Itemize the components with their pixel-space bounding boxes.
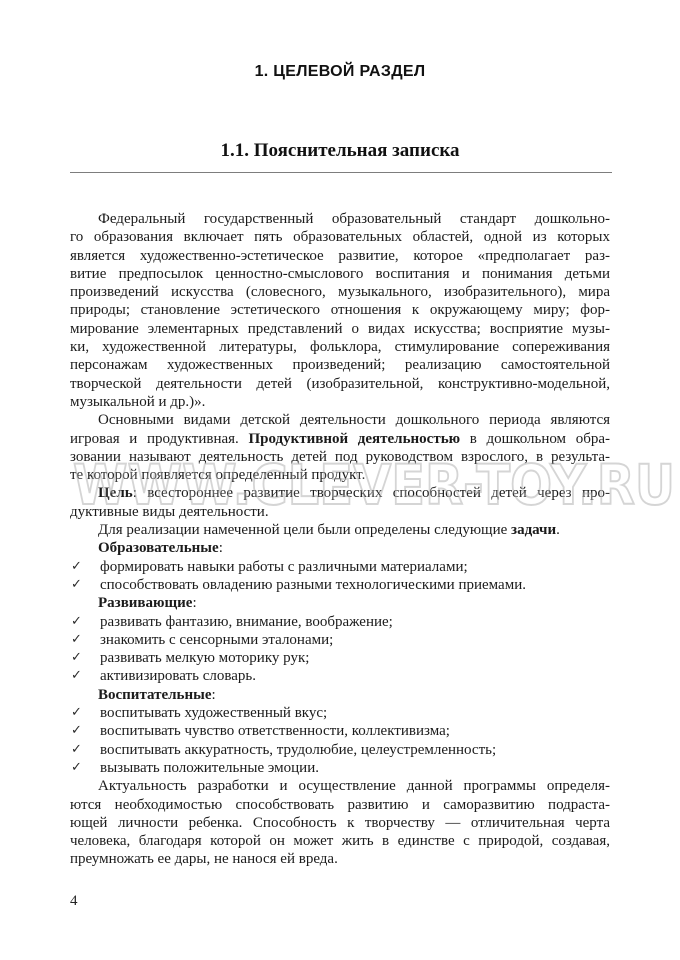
bold-term: Цель — [98, 485, 133, 501]
body-line: персонажам художественных произведений; … — [70, 356, 610, 374]
body-line: природы; становление эстетического отнош… — [70, 301, 610, 319]
check-icon: ✓ — [71, 649, 82, 667]
check-icon: ✓ — [71, 704, 82, 722]
list-heading: Развивающие: — [70, 594, 610, 612]
check-icon: ✓ — [71, 558, 82, 576]
body-line: мирование элементарных представлений о в… — [70, 320, 610, 338]
body-line: витие предпосылок ценностно-смыслового в… — [70, 265, 610, 283]
list-item-text: знакомить с сенсорными эталонами; — [100, 632, 333, 648]
body-line: Цель: всестороннее развитие творческих с… — [70, 484, 610, 502]
body-line: ются необходимостью способствовать разви… — [70, 796, 610, 814]
body-line: го образования включает пять образовател… — [70, 228, 610, 246]
chapter-title: 1. ЦЕЛЕВОЙ РАЗДЕЛ — [0, 63, 680, 81]
check-icon: ✓ — [71, 759, 82, 777]
body-line: Основными видами детской деятельности до… — [70, 411, 610, 429]
list-item: ✓способствовать овладению разными технол… — [70, 576, 610, 594]
check-icon: ✓ — [71, 741, 82, 759]
body-line: Федеральный государственный образователь… — [70, 210, 610, 228]
bold-term: задачи — [511, 522, 556, 538]
list-item: ✓воспитывать художественный вкус; — [70, 704, 610, 722]
list-item-text: способствовать овладению разными техноло… — [100, 577, 526, 593]
body-line: человека, благодаря которой он может жит… — [70, 832, 610, 850]
list-item: ✓знакомить с сенсорными эталонами; — [70, 631, 610, 649]
document-page: 1. ЦЕЛЕВОЙ РАЗДЕЛ 1.1. Пояснительная зап… — [0, 0, 680, 960]
list-item: ✓активизировать словарь. — [70, 667, 610, 685]
page-number: 4 — [70, 893, 78, 910]
body-line: Актуальность разработки и осуществление … — [70, 777, 610, 795]
list-item-text: воспитывать художественный вкус; — [100, 705, 327, 721]
list-item-text: развивать фантазию, внимание, воображени… — [100, 614, 393, 630]
section-divider — [70, 172, 612, 173]
section-title: 1.1. Пояснительная записка — [0, 140, 680, 162]
list-item-text: активизировать словарь. — [100, 668, 256, 684]
body-line: зовании называют деятельность детей под … — [70, 448, 610, 466]
body-line: те которой появляется определенный проду… — [70, 466, 610, 484]
list-item: ✓развивать мелкую моторику рук; — [70, 649, 610, 667]
check-icon: ✓ — [71, 613, 82, 631]
check-icon: ✓ — [71, 667, 82, 685]
body-line: преумножать ее дары, не нанося ей вреда. — [70, 850, 610, 868]
check-icon: ✓ — [71, 576, 82, 594]
body-line: ки, художественной литературы, фольклора… — [70, 338, 610, 356]
check-icon: ✓ — [71, 631, 82, 649]
list-item: ✓воспитывать аккуратность, трудолюбие, ц… — [70, 741, 610, 759]
list-item-text: формировать навыки работы с различными м… — [100, 559, 468, 575]
body-line: музыкальной и др.)». — [70, 393, 610, 411]
body-line: дуктивные виды деятельности. — [70, 503, 610, 521]
bold-term: Продуктивной деятельностью — [248, 431, 460, 447]
list-heading: Образовательные: — [70, 539, 610, 557]
body-line: Для реализации намеченной цели были опре… — [70, 521, 610, 539]
list-heading: Воспитательные: — [70, 686, 610, 704]
list-item: ✓развивать фантазию, внимание, воображен… — [70, 613, 610, 631]
body-line: творческой деятельности детей (изобразит… — [70, 375, 610, 393]
list-item: ✓вызывать положительные эмоции. — [70, 759, 610, 777]
body-line: ющей личности ребенка. Способность к тво… — [70, 814, 610, 832]
list-item-text: воспитывать аккуратность, трудолюбие, це… — [100, 742, 496, 758]
list-item: ✓формировать навыки работы с различными … — [70, 558, 610, 576]
list-item-text: развивать мелкую моторику рук; — [100, 650, 309, 666]
body-line: является художественно-эстетическое разв… — [70, 247, 610, 265]
body-text: Федеральный государственный образователь… — [70, 210, 610, 869]
body-line: игровая и продуктивная. Продуктивной дея… — [70, 430, 610, 448]
list-item-text: вызывать положительные эмоции. — [100, 760, 319, 776]
check-icon: ✓ — [71, 722, 82, 740]
list-item-text: воспитывать чувство ответственности, кол… — [100, 723, 450, 739]
list-item: ✓воспитывать чувство ответственности, ко… — [70, 722, 610, 740]
body-line: произведений искусства (словесного, музы… — [70, 283, 610, 301]
